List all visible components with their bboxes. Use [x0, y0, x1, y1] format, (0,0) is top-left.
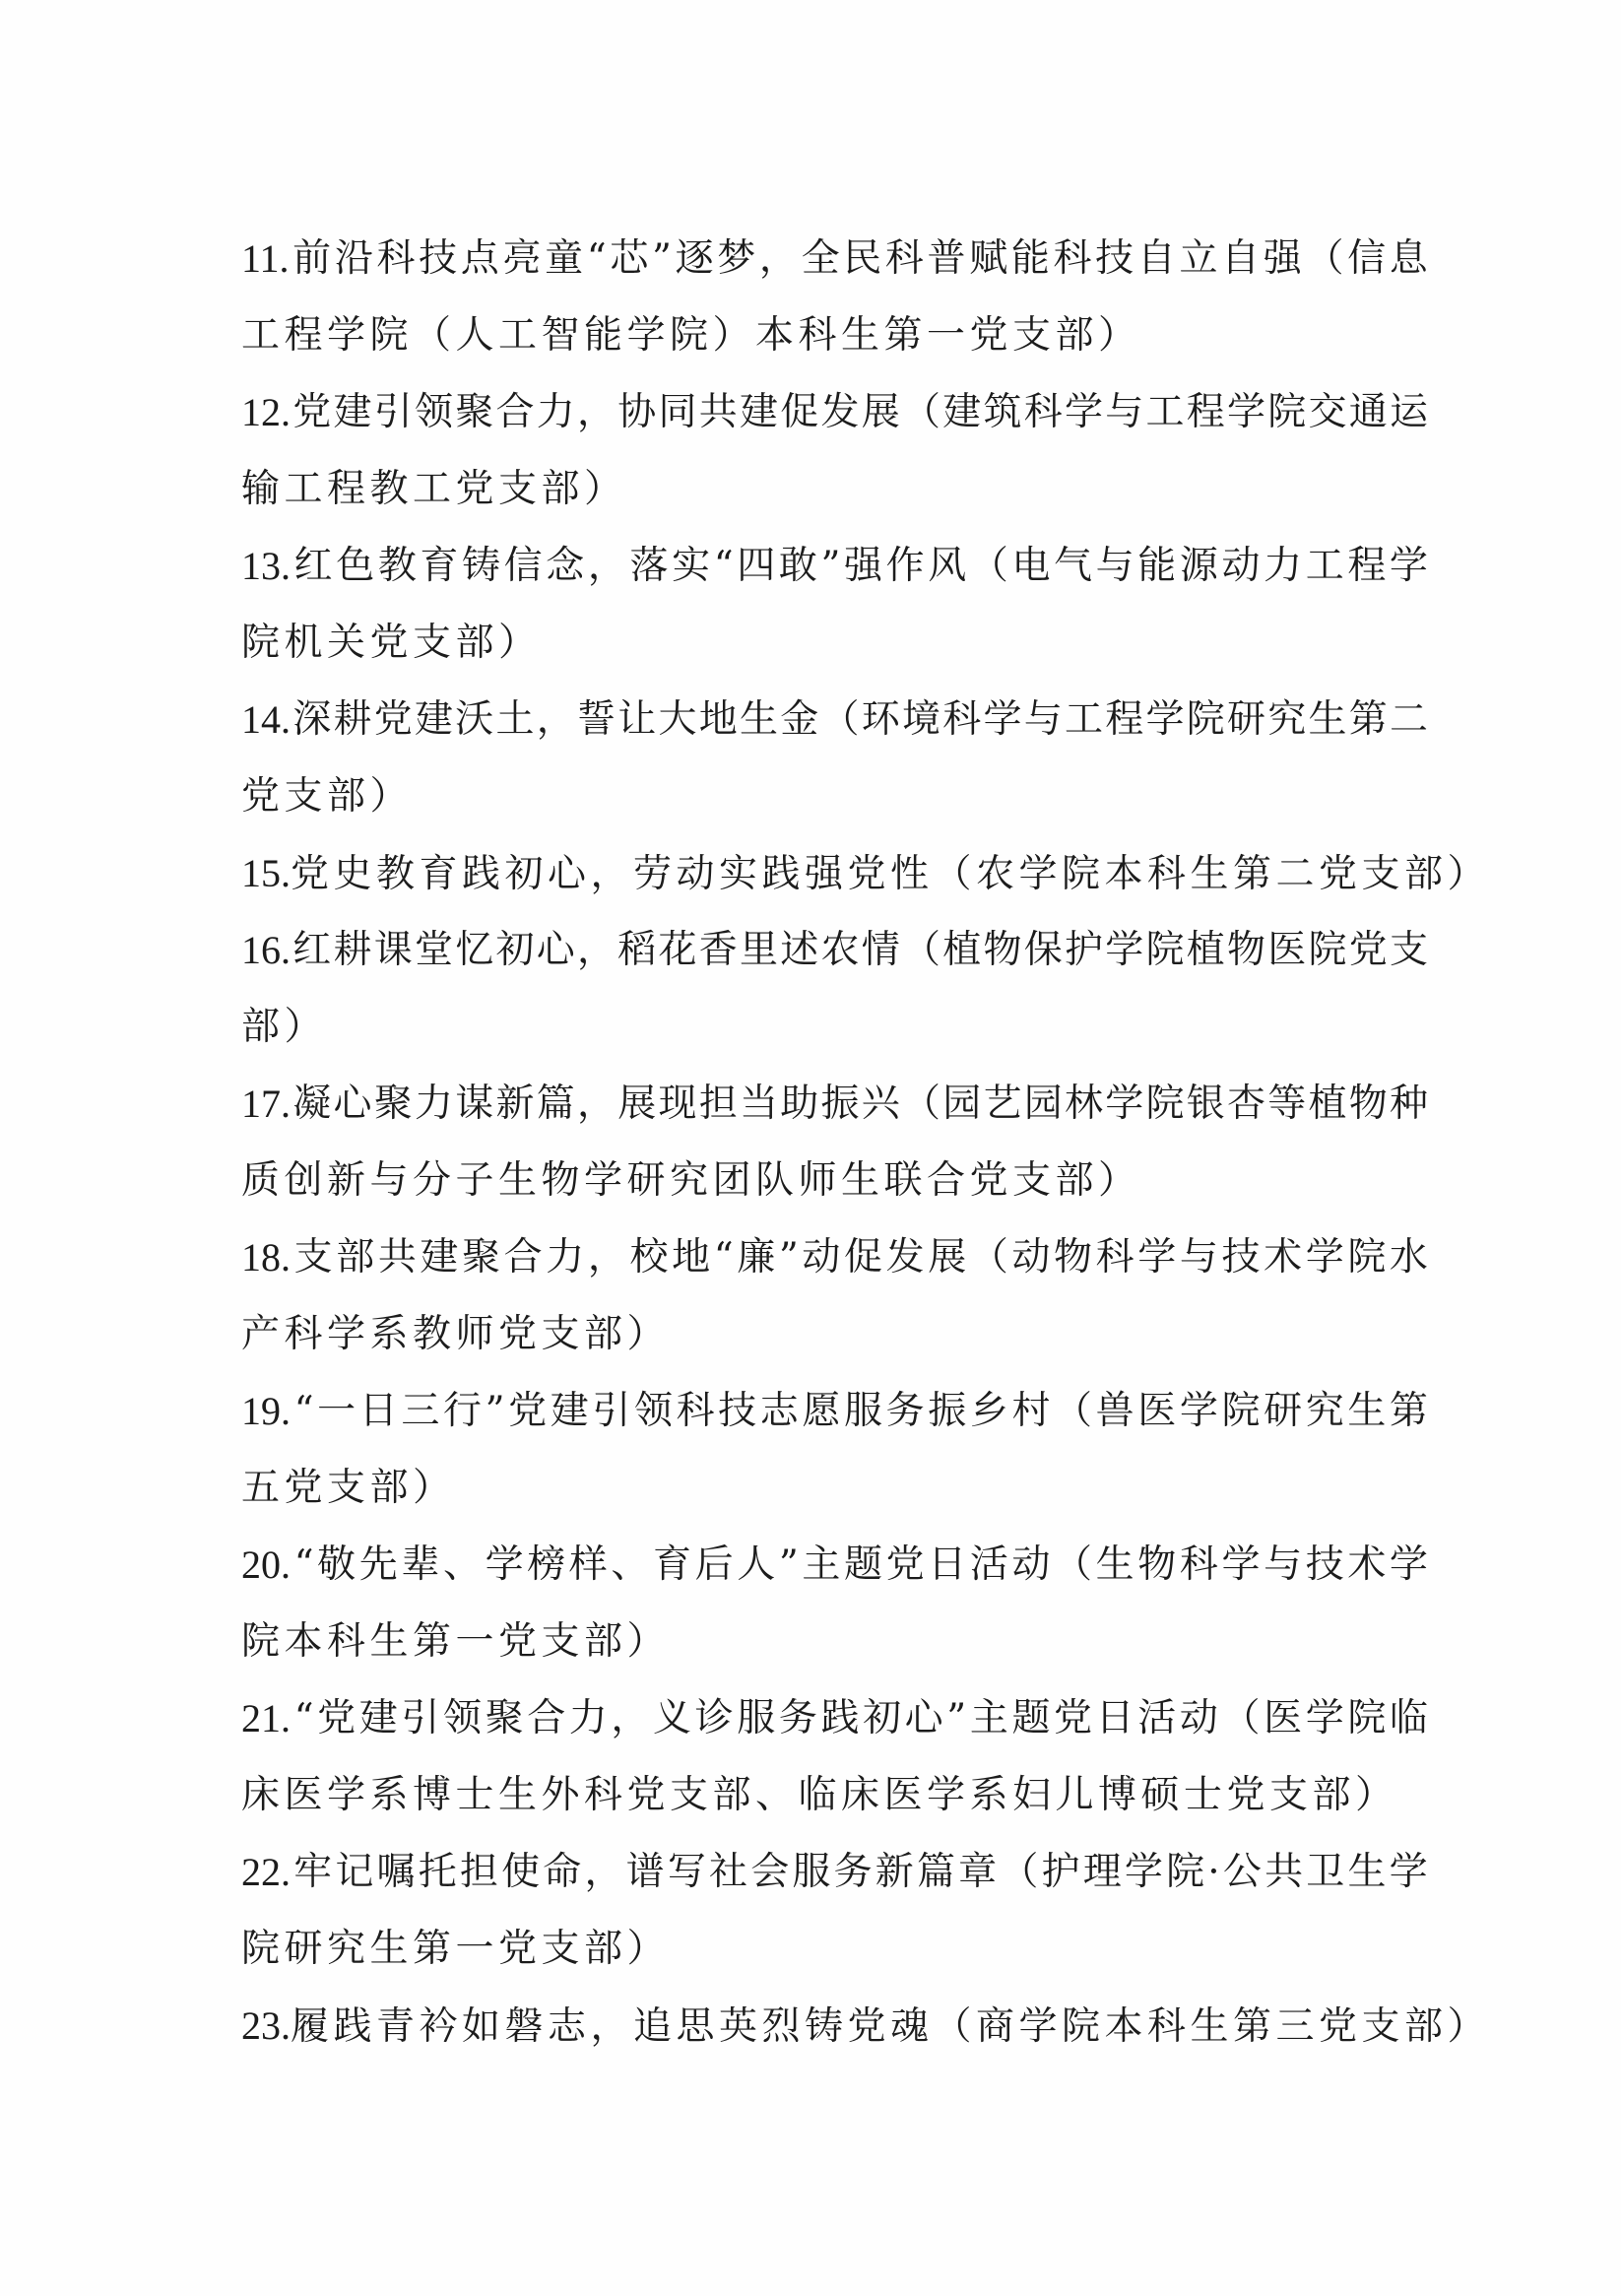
glyph: ” [779, 1527, 799, 1604]
list-item-number: 23. [241, 2003, 291, 2048]
list-item-first-line: 21.“党建引领聚合力，义诊服务践初心”主题党日活动（医学院临 [241, 1680, 1428, 1757]
glyph: 当 [740, 1066, 778, 1143]
list-item-first-line: 13.红色教育铸信念，落实“四敢”强作风（电气与能源动力工程学 [241, 528, 1428, 605]
glyph: 究 [1306, 1373, 1344, 1450]
glyph: 念 [546, 528, 584, 605]
glyph: 芯 [610, 221, 648, 297]
glyph: 题 [1011, 1680, 1050, 1757]
glyph: 香 [699, 912, 738, 989]
glyph: 生 [1347, 1834, 1386, 1911]
glyph: 篇 [537, 1066, 575, 1143]
list-item-number: 19. [241, 1373, 291, 1450]
glyph: 能 [1137, 528, 1176, 605]
glyph: 建 [359, 1680, 398, 1757]
glyph: 合 [504, 1219, 543, 1296]
glyph: 学 [1105, 912, 1143, 989]
glyph: 艺 [983, 1066, 1021, 1143]
glyph: 嘱 [377, 1834, 416, 1911]
scanned-page: 11.前沿科技点亮童“芯”逐梦，全民科普赋能科技自立自强（信息工程学院（人工智能… [0, 0, 1621, 2296]
glyph: 深 [292, 682, 331, 758]
glyph: 让 [617, 682, 656, 758]
glyph: ” [946, 1680, 966, 1757]
glyph: 红 [294, 528, 333, 605]
list-item-text: 床医学系博士生外科党支部、临床医学系妇儿博硕士党支部） [241, 1773, 1398, 1817]
glyph: 地 [699, 682, 738, 758]
glyph: 境 [902, 682, 940, 758]
list-item-text: 产科学系教师党支部） [241, 1312, 670, 1356]
glyph: 科 [376, 221, 415, 297]
list-item-continuation-line: 输工程教工党支部） [241, 451, 1428, 528]
glyph: 会 [750, 1834, 789, 1911]
glyph: 引 [374, 374, 413, 451]
glyph: 现 [658, 1066, 696, 1143]
glyph: 医 [1267, 912, 1306, 989]
glyph: 兽 [1096, 1373, 1135, 1450]
list-item-first-line: 14.深耕党建沃土，誓让大地生金（环境科学与工程学院研究生第二 [241, 682, 1428, 758]
glyph: 耕 [333, 912, 371, 989]
glyph: 一 [317, 1373, 356, 1450]
glyph: 院 [1347, 1680, 1386, 1757]
glyph: 园 [1024, 1066, 1063, 1143]
glyph: （ [1054, 1373, 1092, 1450]
glyph: 临 [1390, 1680, 1428, 1757]
glyph: 展 [928, 1219, 966, 1296]
glyph: 工 [1145, 374, 1184, 451]
list-item-first-line: 12.党建引领聚合力，协同共建促发展（建筑科学与工程学院交通运 [241, 374, 1428, 451]
glyph: 与 [1105, 374, 1143, 451]
list-item: 19.“一日三行”党建引领科技志愿服务振乡村（兽医学院研究生第五党支部） [241, 1373, 1428, 1527]
glyph: 题 [844, 1527, 882, 1604]
glyph: 信 [504, 528, 543, 605]
list-item-text: 工程学院（人工智能学院）本科生第一党支部） [241, 313, 1141, 358]
list-item-number: 20. [241, 1527, 291, 1604]
glyph: 亮 [502, 221, 541, 297]
glyph: （ [902, 1066, 940, 1143]
glyph: ， [588, 1219, 626, 1296]
glyph: 育 [420, 528, 458, 605]
glyph: 园 [942, 1066, 981, 1143]
glyph: 学 [1065, 374, 1103, 451]
list-item: 11.前沿科技点亮童“芯”逐梦，全民科普赋能科技自立自强（信息工程学院（人工智能… [241, 221, 1428, 374]
glyph: 动 [1011, 1219, 1050, 1296]
glyph: 杏 [1227, 1066, 1265, 1143]
list-item-text: 院机关党支部） [241, 621, 542, 665]
list-item-text: 党支部） [241, 774, 413, 819]
glyph: 支 [1390, 912, 1428, 989]
glyph: 牢 [293, 1834, 332, 1911]
glyph: 强 [1264, 221, 1302, 297]
list-item-first-line: 18.支部共建聚合力，校地“廉”动促发展（动物科学与技术学院水 [241, 1219, 1428, 1296]
glyph: 、 [611, 1527, 649, 1604]
glyph: 生 [1096, 1527, 1135, 1604]
glyph: 先 [359, 1527, 398, 1604]
glyph: 诊 [695, 1680, 734, 1757]
glyph: 学 [1145, 682, 1184, 758]
glyph: 支 [294, 1219, 333, 1296]
glyph: 愿 [802, 1373, 840, 1450]
glyph: 大 [658, 682, 696, 758]
glyph: 动 [1180, 1680, 1218, 1757]
glyph: 初 [495, 912, 534, 989]
glyph: 忆 [455, 912, 493, 989]
glyph: 里 [740, 912, 778, 989]
glyph: 心 [333, 1066, 371, 1143]
list-item-text: 院本科生第一党支部） [241, 1619, 670, 1664]
list-item-number: 15. [241, 851, 291, 895]
glyph: 活 [970, 1527, 1008, 1604]
glyph: ” [486, 1373, 505, 1450]
list-item: 15.党史教育践初心，劳动实践强党性（农学院本科生第二党支部） [241, 835, 1428, 912]
glyph: 务 [834, 1834, 873, 1911]
glyph: 植 [942, 912, 981, 989]
glyph: 三 [401, 1373, 439, 1450]
glyph: 耕 [333, 682, 371, 758]
glyph: 科 [885, 221, 924, 297]
glyph: （ [1054, 1527, 1092, 1604]
glyph: 义 [653, 1680, 691, 1757]
list-item-text: 党史教育践初心，劳动实践强党性（农学院本科生第二党支部） [291, 852, 1490, 896]
glyph: 工 [1065, 682, 1103, 758]
list-item-number: 17. [241, 1066, 291, 1143]
glyph: 植 [1308, 1066, 1346, 1143]
glyph: 第 [1390, 1373, 1428, 1450]
glyph: 学 [1125, 1834, 1163, 1911]
glyph: 建 [942, 374, 981, 451]
glyph: 榜 [527, 1527, 565, 1604]
glyph: 新 [875, 1834, 914, 1911]
glyph: 合 [527, 1680, 565, 1757]
list-item-number: 13. [241, 528, 291, 605]
glyph: 学 [486, 1527, 524, 1604]
glyph: ， [588, 528, 626, 605]
glyph: 学 [1105, 1066, 1143, 1143]
glyph: 程 [1347, 528, 1386, 605]
glyph: 谋 [455, 1066, 493, 1143]
glyph: 共 [1264, 1834, 1303, 1911]
list-item-continuation-line: 工程学院（人工智能学院）本科生第一党支部） [241, 297, 1428, 374]
glyph: 记 [335, 1834, 373, 1911]
glyph: 述 [780, 912, 818, 989]
glyph: 全 [802, 221, 840, 297]
glyph: 学 [1137, 1219, 1176, 1296]
list-item-number: 22. [241, 1834, 291, 1911]
glyph: 科 [1096, 1219, 1135, 1296]
glyph: 通 [1349, 374, 1388, 451]
glyph: 水 [1390, 1219, 1428, 1296]
glyph: 强 [844, 528, 882, 605]
glyph: 党 [1054, 1680, 1092, 1757]
glyph: 情 [862, 912, 900, 989]
glyph: 科 [942, 682, 981, 758]
glyph: 梦 [717, 221, 755, 297]
list-item: 18.支部共建聚合力，校地“廉”动促发展（动物科学与技术学院水产科学系教师党支部… [241, 1219, 1428, 1373]
glyph: 堂 [415, 912, 453, 989]
glyph: 运 [1390, 374, 1428, 451]
glyph: 党 [886, 1527, 925, 1604]
glyph: （ [1305, 221, 1343, 297]
glyph: 技 [1221, 1219, 1260, 1296]
list-item-first-line: 20.“敬先辈、学榜样、育后人”主题党日活动（生物科学与技术学 [241, 1527, 1428, 1604]
glyph: 作 [886, 528, 925, 605]
glyph: 凝 [292, 1066, 331, 1143]
glyph: ” [652, 221, 672, 297]
glyph: 学 [1306, 1680, 1344, 1757]
glyph: 学 [1390, 1834, 1428, 1911]
glyph: 学 [1227, 374, 1265, 451]
glyph: 学 [1390, 528, 1428, 605]
glyph: 物 [1137, 1527, 1176, 1604]
glyph: 学 [1390, 1527, 1428, 1604]
list-item-first-line: 16.红耕课堂忆初心，稻花香里述农情（植物保护学院植物医院党支 [241, 912, 1428, 989]
glyph: 引 [401, 1680, 439, 1757]
glyph: 民 [843, 221, 881, 297]
list-item: 20.“敬先辈、学榜样、育后人”主题党日活动（生物科学与技术学院本科生第一党支部… [241, 1527, 1428, 1680]
glyph: 院 [1166, 1834, 1204, 1911]
glyph: 务 [779, 1680, 817, 1757]
glyph: 护 [1065, 912, 1103, 989]
glyph: 技 [419, 221, 457, 297]
glyph: 新 [495, 1066, 534, 1143]
glyph: 与 [1264, 1527, 1302, 1604]
glyph: 信 [1347, 221, 1386, 297]
glyph: 日 [1096, 1680, 1135, 1757]
list-item-continuation-line: 党支部） [241, 758, 1428, 835]
glyph: 息 [1390, 221, 1428, 297]
glyph: 院 [1187, 682, 1225, 758]
list-item-text: 履践青衿如磐志，追思英烈铸党魂（商学院本科生第三党支部） [291, 2004, 1490, 2049]
glyph: 辈 [401, 1527, 439, 1604]
glyph: 自 [1137, 221, 1176, 297]
glyph: 发 [886, 1219, 925, 1296]
glyph: 党 [292, 374, 331, 451]
glyph: 后 [695, 1527, 734, 1604]
glyph: 环 [862, 682, 900, 758]
glyph: 建 [420, 1219, 458, 1296]
glyph: 立 [1179, 221, 1217, 297]
glyph: 交 [1308, 374, 1346, 451]
glyph: “ [714, 528, 734, 605]
glyph: 物 [983, 912, 1021, 989]
glyph: 公 [1223, 1834, 1262, 1911]
glyph: 铸 [462, 528, 500, 605]
list-item-continuation-line: 五党支部） [241, 1450, 1428, 1527]
glyph: 植 [1187, 912, 1225, 989]
list-item-text: 五党支部） [241, 1466, 456, 1510]
glyph: 服 [737, 1680, 775, 1757]
glyph: 护 [1042, 1834, 1080, 1911]
glyph: 领 [634, 1373, 673, 1450]
glyph: （ [902, 912, 940, 989]
glyph: 动 [1011, 1527, 1050, 1604]
glyph: “ [587, 221, 607, 297]
list-item-text: 院研究生第一党支部） [241, 1927, 670, 1971]
glyph: 土 [495, 682, 534, 758]
glyph: 色 [336, 528, 374, 605]
glyph: 育 [653, 1527, 691, 1604]
glyph: 普 [928, 221, 966, 297]
glyph: 落 [629, 528, 668, 605]
glyph: 卫 [1306, 1834, 1344, 1911]
glyph: ， [537, 682, 575, 758]
glyph: 程 [1187, 374, 1225, 451]
glyph: 能 [1011, 221, 1050, 297]
glyph: 研 [1227, 682, 1265, 758]
glyph: 促 [780, 374, 818, 451]
glyph: 院 [1145, 1066, 1184, 1143]
glyph: 程 [1105, 682, 1143, 758]
glyph: 研 [1264, 1373, 1302, 1450]
glyph: 廉 [737, 1219, 775, 1296]
list-item-continuation-line: 床医学系博士生外科党支部、临床医学系妇儿博硕士党支部） [241, 1757, 1428, 1834]
list-item: 23.履践青衿如磐志，追思英烈铸党魂（商学院本科生第三党支部） [241, 1988, 1428, 2065]
list-item: 16.红耕课堂忆初心，稻花香里述农情（植物保护学院植物医院党支部） [241, 912, 1428, 1066]
list-item-first-line: 22.牢记嘱托担使命，谱写社会服务新篇章（护理学院·公共卫生学 [241, 1834, 1428, 1911]
glyph: （ [970, 528, 1008, 605]
glyph: 科 [1180, 1527, 1218, 1604]
glyph: “ [294, 1373, 314, 1450]
glyph: 学 [1180, 1373, 1218, 1450]
glyph: 科 [1024, 374, 1063, 451]
glyph: 担 [460, 1834, 498, 1911]
glyph: 心 [537, 912, 575, 989]
list-item-number: 16. [241, 912, 291, 989]
list-item-first-line: 23.履践青衿如磐志，追思英烈铸党魂（商学院本科生第三党支部） [241, 1988, 1428, 2065]
glyph: 共 [699, 374, 738, 451]
glyph: 篇 [917, 1834, 955, 1911]
glyph: 聚 [486, 1680, 524, 1757]
glyph: 生 [1347, 1373, 1386, 1450]
glyph: 等 [1267, 1066, 1306, 1143]
glyph: 自 [1221, 221, 1260, 297]
glyph: 力 [537, 374, 575, 451]
glyph: 务 [886, 1373, 925, 1450]
list-item-continuation-line: 院本科生第一党支部） [241, 1604, 1428, 1680]
list-item-first-line: 11.前沿科技点亮童“芯”逐梦，全民科普赋能科技自立自强（信息 [241, 221, 1428, 297]
glyph: （ [1221, 1680, 1260, 1757]
glyph: ， [611, 1680, 649, 1757]
glyph: 初 [863, 1680, 901, 1757]
glyph: 技 [718, 1373, 756, 1450]
glyph: （ [970, 1219, 1008, 1296]
glyph: 日 [928, 1527, 966, 1604]
glyph: 院 [1308, 912, 1346, 989]
glyph: 建 [333, 374, 371, 451]
glyph: 共 [378, 1219, 417, 1296]
list-item-text: 部） [241, 1005, 327, 1049]
list-item: 13.红色教育铸信念，落实“四敢”强作风（电气与能源动力工程学院机关党支部） [241, 528, 1428, 682]
glyph: 振 [928, 1373, 966, 1450]
glyph: 担 [699, 1066, 738, 1143]
glyph: 展 [617, 1066, 656, 1143]
glyph: 部 [336, 1219, 374, 1296]
glyph: 写 [668, 1834, 706, 1911]
list-item-continuation-line: 质创新与分子生物学研究团队师生联合党支部） [241, 1143, 1428, 1219]
glyph: 促 [844, 1219, 882, 1296]
glyph: 乡 [970, 1373, 1008, 1450]
glyph: 院 [1347, 1219, 1386, 1296]
list-item-first-line: 15.党史教育践初心，劳动实践强党性（农学院本科生第二党支部） [241, 835, 1428, 912]
glyph: 党 [317, 1680, 356, 1757]
list-item-number: 11. [241, 221, 290, 297]
glyph: 动 [1221, 528, 1260, 605]
glyph: 学 [1306, 1219, 1344, 1296]
list-item-number: 14. [241, 682, 291, 758]
glyph: 领 [443, 1680, 482, 1757]
glyph: 理 [1083, 1834, 1122, 1911]
glyph: 发 [820, 374, 859, 451]
list-item: 22.牢记嘱托担使命，谱写社会服务新篇章（护理学院·公共卫生学院研究生第一党支部… [241, 1834, 1428, 1988]
glyph: 童 [545, 221, 583, 297]
glyph: 社 [709, 1834, 747, 1911]
list-item-text: 质创新与分子生物学研究团队师生联合党支部） [241, 1158, 1141, 1203]
glyph: 力 [569, 1680, 608, 1757]
glyph: 活 [1137, 1680, 1176, 1757]
list-item: 14.深耕党建沃土，誓让大地生金（环境科学与工程学院研究生第二党支部） [241, 682, 1428, 835]
list-item-first-line: 17.凝心聚力谋新篇，展现担当助振兴（园艺园林学院银杏等植物种 [241, 1066, 1428, 1143]
glyph: 源 [1180, 528, 1218, 605]
glyph: 风 [928, 528, 966, 605]
glyph: 实 [672, 528, 710, 605]
glyph: 沃 [455, 682, 493, 758]
list-item-first-line: 19.“一日三行”党建引领科技志愿服务振乡村（兽医学院研究生第 [241, 1373, 1428, 1450]
glyph: 学 [983, 682, 1021, 758]
glyph: 银 [1187, 1066, 1225, 1143]
list-item-number: 21. [241, 1680, 291, 1757]
glyph: 力 [546, 1219, 584, 1296]
glyph: 校 [629, 1219, 668, 1296]
glyph: 术 [1264, 1219, 1302, 1296]
glyph: 筑 [983, 374, 1021, 451]
glyph: 与 [1096, 528, 1135, 605]
glyph: 保 [1024, 912, 1063, 989]
glyph: 展 [862, 374, 900, 451]
glyph: ” [820, 528, 840, 605]
glyph: 建 [415, 682, 453, 758]
glyph: ， [577, 374, 616, 451]
glyph: 心 [905, 1680, 943, 1757]
glyph: 物 [1227, 912, 1265, 989]
glyph: 敢 [779, 528, 817, 605]
glyph: 院 [1267, 374, 1306, 451]
glyph: 建 [551, 1373, 589, 1450]
glyph: 技 [1095, 221, 1134, 297]
glyph: 行 [443, 1373, 482, 1450]
list-item-continuation-line: 部） [241, 989, 1428, 1066]
glyph: ， [759, 221, 798, 297]
glyph: 种 [1390, 1066, 1428, 1143]
glyph: 院 [1145, 912, 1184, 989]
list-item: 17.凝心聚力谋新篇，展现担当助振兴（园艺园林学院银杏等植物种质创新与分子生物学… [241, 1066, 1428, 1219]
glyph: 前 [292, 221, 331, 297]
glyph: 技 [1306, 1527, 1344, 1604]
glyph: 地 [672, 1219, 710, 1296]
glyph: ， [577, 1066, 616, 1143]
list-item: 12.党建引领聚合力，协同共建促发展（建筑科学与工程学院交通运输工程教工党支部） [241, 374, 1428, 528]
glyph: 物 [1349, 1066, 1388, 1143]
glyph: “ [294, 1527, 314, 1604]
glyph: 金 [780, 682, 818, 758]
glyph: 谱 [626, 1834, 665, 1911]
glyph: ， [577, 912, 616, 989]
glyph: 电 [1011, 528, 1050, 605]
glyph: 花 [658, 912, 696, 989]
glyph: · [1207, 1834, 1219, 1911]
glyph: （ [902, 374, 940, 451]
glyph: “ [714, 1219, 734, 1296]
list-item-continuation-line: 院研究生第一党支部） [241, 1911, 1428, 1988]
glyph: 生 [740, 682, 778, 758]
glyph: 工 [1306, 528, 1344, 605]
